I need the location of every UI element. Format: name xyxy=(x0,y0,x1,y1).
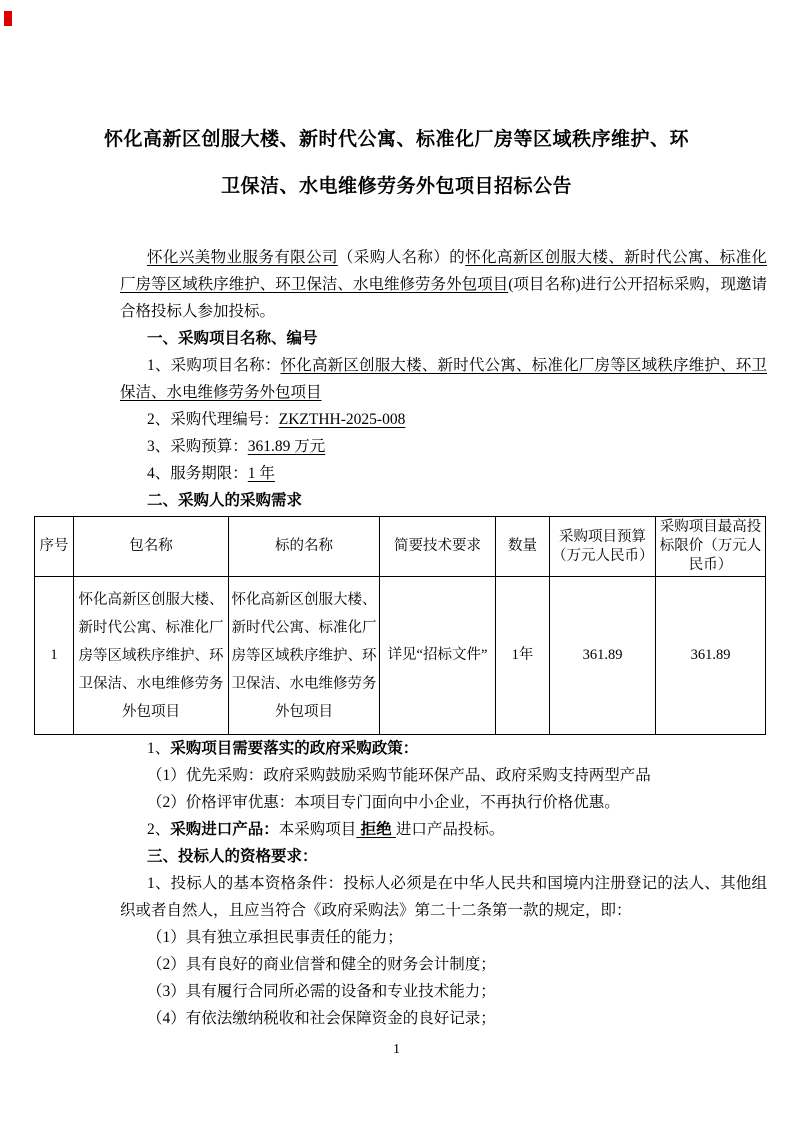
import-heading: 采购进口产品： xyxy=(170,821,279,838)
section1-item1: 1、采购项目名称：怀化高新区创服大楼、新时代公寓、标准化厂房等区域秩序维护、环卫… xyxy=(120,352,767,406)
item3-label: 3、采购预算： xyxy=(147,438,248,455)
table-row: 1 怀化高新区创服大楼、新时代公寓、标准化厂房等区域秩序维护、环卫保洁、水电维修… xyxy=(35,577,766,735)
section1-item2: 2、采购代理编号：ZKZTHH-2025-008 xyxy=(120,406,767,433)
title-line-2: 卫保洁、水电维修劳务外包项目招标公告 xyxy=(0,163,793,210)
item4-value: 1 年 xyxy=(248,465,275,482)
item4-label: 4、服务期限： xyxy=(147,465,248,482)
qualification-item1: （1）具有独立承担民事责任的能力； xyxy=(120,924,767,951)
purchaser-name: 怀化兴美物业服务有限公司 xyxy=(147,249,338,266)
import-post: 进口产品投标。 xyxy=(396,821,505,838)
import-products-line: 2、采购进口产品：本采购项目 拒绝 进口产品投标。 xyxy=(120,816,767,843)
cell-seq: 1 xyxy=(35,577,74,735)
col-max-price: 采购项目最高投标限价（万元人民币） xyxy=(656,517,766,577)
cell-tech-req: 详见“招标文件” xyxy=(380,577,496,735)
qualification-item4: （4）有依法缴纳税收和社会保障资金的良好记录； xyxy=(120,1005,767,1032)
policy-num: 1、 xyxy=(147,740,170,757)
col-package-name: 包名称 xyxy=(74,517,229,577)
import-num: 2、 xyxy=(147,821,170,838)
col-tech-req: 简要技术要求 xyxy=(380,517,496,577)
import-pre: 本采购项目 xyxy=(279,821,357,838)
item3-value: 361.89 万元 xyxy=(248,438,326,455)
col-budget: 采购项目预算（万元人民币） xyxy=(550,517,656,577)
section3-heading: 三、投标人的资格要求： xyxy=(120,843,767,870)
purchaser-note: （采购人名称）的 xyxy=(338,249,465,266)
col-quantity: 数量 xyxy=(496,517,550,577)
section2-heading: 二、采购人的采购需求 xyxy=(120,487,767,514)
item1-label: 1、采购项目名称： xyxy=(147,357,281,374)
policy-item1: （1）优先采购：政府采购鼓励采购节能环保产品、政府采购支持两型产品 xyxy=(120,762,767,789)
section1-heading: 一、采购项目名称、编号 xyxy=(120,325,767,352)
cell-package-name: 怀化高新区创服大楼、新时代公寓、标准化厂房等区域秩序维护、环卫保洁、水电维修劳务… xyxy=(74,577,229,735)
table-header-row: 序号 包名称 标的名称 简要技术要求 数量 采购项目预算（万元人民币） 采购项目… xyxy=(35,517,766,577)
policy-heading: 采购项目需要落实的政府采购政策： xyxy=(170,740,418,757)
qualification-item3: （3）具有履行合同所必需的设备和专业技术能力； xyxy=(120,978,767,1005)
document-title: 怀化高新区创服大楼、新时代公寓、标准化厂房等区域秩序维护、环 卫保洁、水电维修劳… xyxy=(0,0,793,210)
policy-heading-line: 1、采购项目需要落实的政府采购政策： xyxy=(120,735,767,762)
cell-quantity: 1年 xyxy=(496,577,550,735)
intro-paragraph: 怀化兴美物业服务有限公司（采购人名称）的怀化高新区创服大楼、新时代公寓、标准化厂… xyxy=(120,244,767,325)
import-reject: 拒绝 xyxy=(356,821,396,838)
procurement-requirements-table: 序号 包名称 标的名称 简要技术要求 数量 采购项目预算（万元人民币） 采购项目… xyxy=(34,516,766,735)
section1-item4: 4、服务期限：1 年 xyxy=(120,460,767,487)
cell-subject-name: 怀化高新区创服大楼、新时代公寓、标准化厂房等区域秩序维护、环卫保洁、水电维修劳务… xyxy=(229,577,380,735)
qualification-item2: （2）具有良好的商业信誉和健全的财务会计制度； xyxy=(120,951,767,978)
section1-item3: 3、采购预算：361.89 万元 xyxy=(120,433,767,460)
item2-label: 2、采购代理编号： xyxy=(147,411,279,428)
document-body: 怀化兴美物业服务有限公司（采购人名称）的怀化高新区创服大楼、新时代公寓、标准化厂… xyxy=(120,244,767,1032)
item2-value: ZKZTHH-2025-008 xyxy=(279,411,406,428)
page-number: 1 xyxy=(0,1040,793,1060)
cell-max-price: 361.89 xyxy=(656,577,766,735)
policy-item2: （2）价格评审优惠：本项目专门面向中小企业，不再执行价格优惠。 xyxy=(120,789,767,816)
col-seq: 序号 xyxy=(35,517,74,577)
title-line-1: 怀化高新区创服大楼、新时代公寓、标准化厂房等区域秩序维护、环 xyxy=(0,116,793,163)
qualification-intro: 1、投标人的基本资格条件：投标人必须是在中华人民共和国境内注册登记的法人、其他组… xyxy=(120,870,767,924)
col-subject-name: 标的名称 xyxy=(229,517,380,577)
document-page: 怀化高新区创服大楼、新时代公寓、标准化厂房等区域秩序维护、环 卫保洁、水电维修劳… xyxy=(0,0,793,1122)
red-corner-mark xyxy=(4,11,12,26)
cell-budget: 361.89 xyxy=(550,577,656,735)
